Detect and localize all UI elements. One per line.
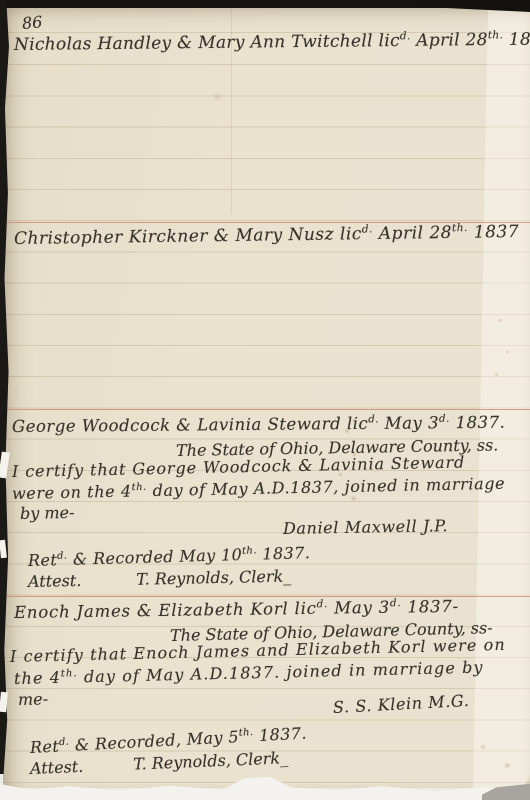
stain [494, 372, 499, 377]
stain [344, 428, 350, 434]
stain [338, 472, 343, 477]
stain [352, 452, 357, 457]
attest-label: Attest. [28, 571, 82, 591]
stain [504, 762, 511, 769]
stain [212, 92, 222, 102]
attest-label: Attest. [30, 757, 84, 778]
ledger-page-scan: 86 Nicholas Handley & Mary Ann Twitchell… [0, 0, 530, 800]
stain [505, 350, 509, 354]
red-rule [0, 409, 530, 410]
clerk-signature: T. Reynolds, Clerk_ [136, 566, 291, 588]
stain [480, 744, 486, 750]
entry-body-line: me- [18, 689, 49, 709]
page-number: 86 [21, 12, 43, 33]
officiant-signature: Daniel Maxwell J.P. [283, 516, 448, 538]
stain [350, 495, 357, 502]
stain [498, 318, 503, 323]
entry-body-line: by me- [20, 503, 75, 523]
